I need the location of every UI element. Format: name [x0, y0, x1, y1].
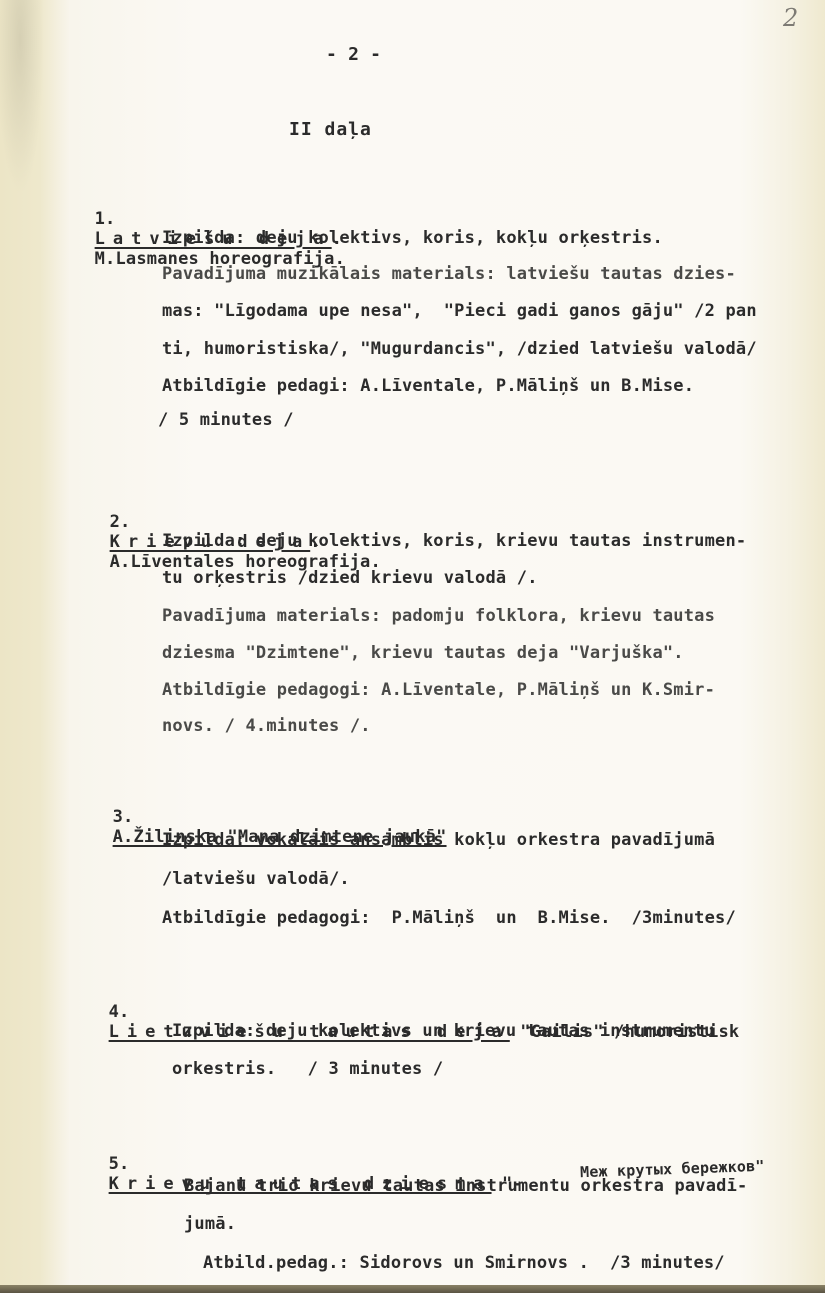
item-heading: 3. A.Žilinska "Mana dzimtene jaukā" [50, 787, 447, 867]
item-duration: / 5 minutes / [158, 410, 294, 430]
item-line: Izpilda: deju kolektivs, koris, kokļu or… [162, 228, 663, 248]
item-number: 5. [109, 1154, 130, 1174]
item-number: 1. [95, 209, 116, 229]
item-line: orkestris. / 3 minutes / [172, 1059, 443, 1079]
paper-stain [0, 0, 48, 220]
item-line: dziesma "Dzimtene", krievu tautas deja "… [162, 643, 684, 663]
item-line: Bajanu trio krievu tautas instrumentu or… [184, 1176, 747, 1196]
page-number: - 2 - [326, 44, 381, 65]
item-line: Atbildīgie pedagogi: A.Līventale, P.Māli… [162, 680, 715, 700]
item-line: jumā. [184, 1214, 236, 1234]
item-line: Pavadījuma muzikālais materials: latvieš… [162, 264, 736, 284]
page-bottom-edge [0, 1285, 825, 1293]
item-number: 3. [113, 807, 134, 827]
item-line: Atbildīgie pedagi: A.Līventale, P.Māliņš… [162, 376, 694, 396]
item-duration: novs. / 4.minutes /. [162, 716, 371, 736]
handwritten-page-number: 2 [783, 4, 798, 32]
item-heading: 5. Krievu tautas dziesma "- [46, 1134, 523, 1214]
item-line: Atbild.pedag.: Sidorovs un Smirnovs . /3… [203, 1253, 725, 1273]
item-line: /latviešu valodā/. [162, 869, 350, 889]
item-line: Atbildīgie pedagogi: P.Māliņš un B.Mise.… [162, 908, 736, 928]
item-line: Pavadījuma materials: padomju folklora, … [162, 606, 715, 626]
item-line: Izpilda: vokalais ansamblis kokļu orkest… [162, 830, 715, 850]
document-page: 2 - 2 - II daļa 1. Latviešu deja. M.Lasm… [0, 0, 825, 1293]
section-title: II daļa [289, 119, 372, 140]
item-line: mas: "Līgodama upe nesa", "Pieci gadi ga… [162, 301, 757, 321]
item-number: 2. [110, 512, 131, 532]
item-line: ti, humoristiska/, "Mugurdancis", /dzied… [162, 339, 757, 359]
item-number: 4. [109, 1002, 130, 1022]
item-line: tu orķestris /dzied krievu valodā /. [162, 568, 538, 588]
item-line: Izpilda: deju kolektivs un krievu tautas… [172, 1021, 715, 1041]
item-line: Izpilda: deju kolektivs, koris, krievu t… [162, 531, 746, 551]
